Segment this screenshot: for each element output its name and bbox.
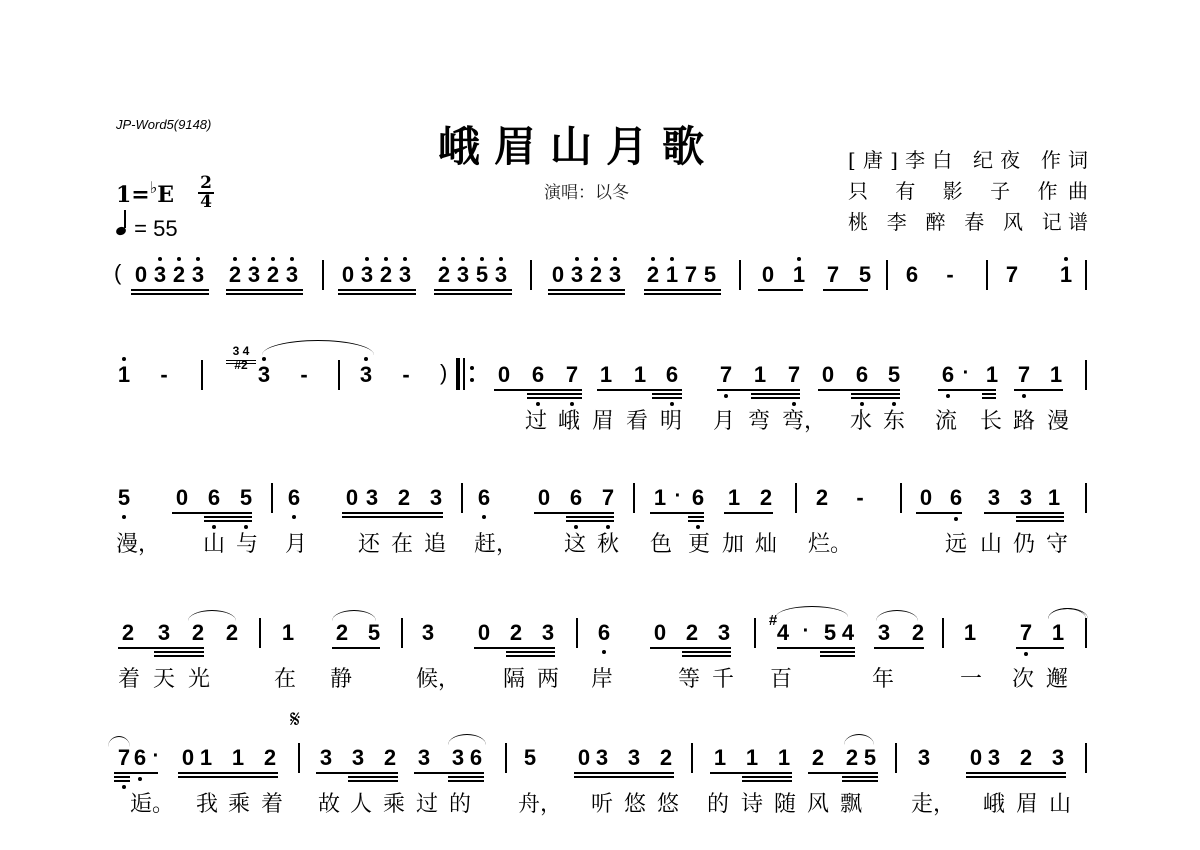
beam-line <box>982 393 996 395</box>
note: 3 <box>607 262 623 288</box>
beam-line <box>506 655 555 657</box>
lyric-syllable: 这 <box>564 527 586 558</box>
note: 6 <box>132 745 148 771</box>
note: 2 <box>396 485 412 511</box>
note: 1 <box>744 745 760 771</box>
lyric-syllable: 候， <box>416 662 460 693</box>
beam-line <box>742 780 792 782</box>
note: 2 <box>508 620 524 646</box>
note: 2 <box>265 262 281 288</box>
note: 1 <box>1050 620 1066 646</box>
note: 1 <box>962 620 978 646</box>
barline <box>401 618 403 648</box>
note: 6 <box>476 485 492 511</box>
lyric-syllable: 漫 <box>1047 404 1069 435</box>
note: 3 <box>152 262 168 288</box>
beam-line <box>204 520 252 522</box>
lyric-syllable: 弯， <box>782 404 826 435</box>
octave-up-dot <box>233 257 237 261</box>
note: 7 <box>564 362 580 388</box>
lyric-syllable: 在 <box>274 662 296 693</box>
barline <box>942 618 944 648</box>
octave-down-dot <box>122 785 126 789</box>
time-signature: 2 4 <box>198 176 214 210</box>
octave-up-dot <box>365 257 369 261</box>
beam-line <box>494 389 582 391</box>
octave-down-dot <box>954 517 958 521</box>
lyric-syllable: 加 <box>722 527 744 558</box>
tempo-value: = 55 <box>134 216 177 241</box>
note: 5 <box>857 262 873 288</box>
barline <box>739 260 741 290</box>
note: 3 <box>397 262 413 288</box>
lyric-syllable: 山 <box>1049 787 1071 818</box>
lyric-syllable: 听 <box>591 787 613 818</box>
beam-line <box>938 389 996 391</box>
key-prefix: 1= <box>116 182 150 208</box>
beam-line <box>574 772 674 774</box>
beam-line <box>1016 520 1064 522</box>
note: 3 <box>156 620 172 646</box>
barline <box>1085 743 1087 773</box>
beam-line <box>414 772 484 774</box>
note: 2 <box>645 262 661 288</box>
barline <box>1085 360 1087 390</box>
note: 3 <box>350 745 366 771</box>
beam-line <box>758 289 803 291</box>
note: 0 <box>820 362 836 388</box>
note: 2 <box>190 620 206 646</box>
note: 6 <box>206 485 222 511</box>
note: 1 <box>652 485 668 511</box>
note: 3 <box>420 620 436 646</box>
lyric-syllable: 悠 <box>624 787 646 818</box>
beam-line <box>820 655 855 657</box>
note: 3 <box>190 262 206 288</box>
barline <box>201 360 203 390</box>
barline <box>1085 260 1087 290</box>
key-note: E <box>157 182 174 208</box>
beam-line <box>178 772 278 774</box>
note: 6 <box>904 262 920 288</box>
beam-line <box>226 289 303 291</box>
octave-up-dot <box>480 257 484 261</box>
barline <box>633 483 635 513</box>
lyric-syllable: 山 <box>980 527 1002 558</box>
song-title: 峨眉山月歌 <box>438 114 718 174</box>
beam-line <box>682 651 731 653</box>
lyric-syllable: 年 <box>872 662 894 693</box>
barline <box>461 483 463 513</box>
note: 7 <box>600 485 616 511</box>
lyric-syllable: 过 <box>525 404 547 435</box>
note: 5 <box>474 262 490 288</box>
barline <box>886 260 888 290</box>
beam-line <box>742 776 792 778</box>
beam-line <box>724 512 773 514</box>
lyric-syllable: 隔 <box>503 662 525 693</box>
augmentation-dot: · <box>798 620 814 643</box>
note: 3 <box>594 745 610 771</box>
barline <box>895 743 897 773</box>
repeat-dot <box>470 378 474 382</box>
tie <box>108 736 130 747</box>
beam-line <box>226 363 256 364</box>
note: 6 <box>948 485 964 511</box>
beam-line <box>506 651 555 653</box>
note: 0 <box>536 485 552 511</box>
barline <box>505 743 507 773</box>
note: 3 <box>716 620 732 646</box>
octave-down-dot <box>602 650 606 654</box>
note: 3 <box>493 262 509 288</box>
beam-line <box>818 389 900 391</box>
note: 2 <box>436 262 452 288</box>
note: 0 <box>180 745 196 771</box>
lyric-syllable: 静 <box>330 662 352 693</box>
note: 7 <box>1004 262 1020 288</box>
octave-up-dot <box>290 257 294 261</box>
lyric-syllable: 峨 <box>983 787 1005 818</box>
beam-line <box>688 516 704 518</box>
note: 5 <box>862 745 878 771</box>
lyric-syllable: 着 <box>261 787 283 818</box>
note: 2 <box>758 485 774 511</box>
lyric-syllable: 明 <box>660 404 682 435</box>
note: 1 <box>726 485 742 511</box>
beam-line <box>527 397 582 399</box>
note: 2 <box>382 745 398 771</box>
beam-line <box>1014 389 1063 391</box>
note: 0 <box>174 485 190 511</box>
note: 1 <box>230 745 246 771</box>
beam-line <box>204 516 252 518</box>
note: 3 <box>540 620 556 646</box>
note: 5 <box>822 620 838 646</box>
note: 5 <box>366 620 382 646</box>
note: 0 <box>576 745 592 771</box>
note: 1 <box>1058 262 1074 288</box>
beam-line <box>534 512 614 514</box>
beam-line <box>348 776 398 778</box>
beam-line <box>566 520 614 522</box>
transcriber-credit: 桃 李 醉 春 风 记谱 <box>848 207 1088 238</box>
octave-up-dot <box>651 257 655 261</box>
beam-line <box>316 772 398 774</box>
note: 3 <box>246 262 262 288</box>
beam-line <box>820 651 855 653</box>
beam-line <box>966 772 1066 774</box>
octave-down-dot <box>482 515 486 519</box>
lyric-syllable: 随 <box>774 787 796 818</box>
lyric-syllable: 水 <box>850 404 872 435</box>
beam-line <box>131 289 209 291</box>
note: 7 <box>116 745 132 771</box>
note: 2 <box>910 620 926 646</box>
note: 6 <box>854 362 870 388</box>
note: 1 <box>1048 362 1064 388</box>
note: 3 <box>416 745 432 771</box>
beam-line <box>777 647 855 649</box>
lyric-syllable: 看 <box>626 404 648 435</box>
barline <box>259 618 261 648</box>
beam-line <box>650 647 731 649</box>
octave-up-dot <box>499 257 503 261</box>
note: 1 <box>198 745 214 771</box>
lyric-syllable: 月 <box>285 527 307 558</box>
lyric-syllable: 百 <box>770 662 792 693</box>
octave-up-dot <box>177 257 181 261</box>
lyric-syllable: 舟， <box>518 787 562 818</box>
note: 2 <box>262 745 278 771</box>
beam-line <box>332 647 380 649</box>
lyric-syllable: 风 <box>807 787 829 818</box>
note: 3 <box>569 262 585 288</box>
octave-up-dot <box>797 257 801 261</box>
note: 3 <box>359 262 375 288</box>
beam-line <box>548 289 625 291</box>
octave-down-dot <box>1024 652 1028 656</box>
note: 3 <box>986 745 1002 771</box>
note: 5 <box>116 485 132 511</box>
repeat-barline-thin <box>463 358 465 390</box>
slur <box>332 610 376 621</box>
beam-line <box>178 776 278 778</box>
beam-line <box>644 293 721 295</box>
lyric-syllable: 飘 <box>840 787 862 818</box>
lyric-syllable: 更 <box>688 527 710 558</box>
lyric-syllable: 灿 <box>755 527 777 558</box>
barline <box>1085 483 1087 513</box>
beam-line <box>114 772 158 774</box>
barline <box>338 360 340 390</box>
note: 3 <box>428 485 444 511</box>
lyric-syllable: 秋 <box>597 527 619 558</box>
note: 3 <box>626 745 642 771</box>
note: 0 <box>133 262 149 288</box>
note: 2 <box>814 485 830 511</box>
beam-line <box>348 780 398 782</box>
barline <box>986 260 988 290</box>
beam-line <box>448 776 484 778</box>
note: 1 <box>116 362 132 388</box>
lyric-syllable: 一 <box>960 662 982 693</box>
barline <box>576 618 578 648</box>
note: 1 <box>598 362 614 388</box>
note: 5 <box>238 485 254 511</box>
note: 1 <box>712 745 728 771</box>
lyric-syllable: 守 <box>1046 527 1068 558</box>
note: 1 <box>664 262 680 288</box>
augmentation-dot: · <box>958 362 974 385</box>
lyric-syllable: 逅。 <box>130 787 174 818</box>
beam-line <box>342 516 443 518</box>
composer-credit: 只 有 影 子 作曲 <box>848 176 1088 207</box>
beam-line <box>751 393 800 395</box>
lyric-syllable: 烂。 <box>808 527 852 558</box>
beam-line <box>751 397 800 399</box>
beam-line <box>574 776 674 778</box>
beam-line <box>982 397 996 399</box>
barline <box>271 483 273 513</box>
octave-up-dot <box>1064 257 1068 261</box>
lyric-syllable: 追 <box>424 527 446 558</box>
lyric-syllable: 在 <box>391 527 413 558</box>
lyric-syllable: 乘 <box>383 787 405 818</box>
lyric-syllable: 邂 <box>1046 662 1068 693</box>
note-stem <box>124 210 126 228</box>
beam-line <box>916 512 962 514</box>
lyric-syllable: 次 <box>1012 662 1034 693</box>
octave-down-dot <box>292 515 296 519</box>
barline <box>530 260 532 290</box>
beam-line <box>1016 647 1064 649</box>
open-paren: ( <box>114 260 121 286</box>
lyric-syllable: 峨 <box>558 404 580 435</box>
beam-line <box>448 780 484 782</box>
credits: [唐]李白 纪夜 作词 只 有 影 子 作曲 桃 李 醉 春 风 记谱 <box>848 145 1088 238</box>
octave-down-dot <box>724 394 728 398</box>
octave-up-dot <box>613 257 617 261</box>
octave-up-dot <box>384 257 388 261</box>
note: 6 <box>940 362 956 388</box>
time-sig-top: 2 <box>198 176 214 191</box>
note: 7 <box>1018 620 1034 646</box>
beam-line <box>548 293 625 295</box>
lyric-syllable: 我 <box>196 787 218 818</box>
note: 2 <box>1018 745 1034 771</box>
lyric-syllable: 乘 <box>228 787 250 818</box>
beam-line <box>338 293 416 295</box>
beam-line <box>474 647 555 649</box>
octave-up-dot <box>271 257 275 261</box>
beam-line <box>131 293 209 295</box>
beam-line <box>644 289 721 291</box>
octave-down-dot <box>138 777 142 781</box>
beam-line <box>688 520 704 522</box>
slur <box>188 610 236 621</box>
note: 1 <box>632 362 648 388</box>
note: 3 <box>364 485 380 511</box>
beam-line <box>851 397 900 399</box>
barline <box>322 260 324 290</box>
beam-line <box>114 780 130 782</box>
octave-up-dot <box>403 257 407 261</box>
note: 1 <box>1046 485 1062 511</box>
beam-line <box>597 389 682 391</box>
lyric-syllable: 流 <box>935 404 957 435</box>
slur <box>448 734 486 745</box>
beam-line <box>652 393 682 395</box>
lyric-syllable: 眉 <box>592 404 614 435</box>
note: 6 <box>596 620 612 646</box>
repeat-barline-thick <box>456 358 460 390</box>
octave-up-dot <box>670 257 674 261</box>
lyric-syllable: 着 <box>118 662 140 693</box>
octave-up-dot <box>262 357 266 361</box>
beam-line <box>114 776 130 778</box>
note: 2 <box>227 262 243 288</box>
close-paren: ) <box>440 360 447 386</box>
note: 1 <box>791 262 807 288</box>
note: 6 <box>664 362 680 388</box>
note: 6 <box>568 485 584 511</box>
note: 2 <box>588 262 604 288</box>
lyric-syllable: 眉 <box>1016 787 1038 818</box>
octave-up-dot <box>442 257 446 261</box>
beam-line <box>434 289 512 291</box>
note: 1 <box>752 362 768 388</box>
lyric-syllable: 过 <box>416 787 438 818</box>
beam-line <box>652 397 682 399</box>
octave-up-dot <box>575 257 579 261</box>
octave-down-dot <box>122 515 126 519</box>
lyric-syllable: 悠 <box>657 787 679 818</box>
note: 3 <box>916 745 932 771</box>
lyric-syllable: 等 <box>678 662 700 693</box>
beam-line <box>566 516 614 518</box>
beam-line <box>842 776 878 778</box>
beam-line <box>851 393 900 395</box>
lyric-syllable: 路 <box>1013 404 1035 435</box>
octave-up-dot <box>252 257 256 261</box>
dash-extension: - <box>156 362 172 388</box>
lyric-syllable: 东 <box>883 404 905 435</box>
lyric-syllable: 千 <box>712 662 734 693</box>
lyric-syllable: 岸 <box>591 662 613 693</box>
beam-line <box>823 289 868 291</box>
note: 3 <box>450 745 466 771</box>
beam-line <box>808 772 878 774</box>
dash-extension: - <box>398 362 414 388</box>
note: 2 <box>171 262 187 288</box>
note: 3 <box>1018 485 1034 511</box>
barline <box>1085 618 1087 648</box>
lyric-syllable: 色 <box>650 527 672 558</box>
beam-line <box>527 393 582 395</box>
note: 6 <box>530 362 546 388</box>
note: 0 <box>918 485 934 511</box>
note: 3 <box>318 745 334 771</box>
sharp-icon: # <box>765 612 781 629</box>
note: 0 <box>968 745 984 771</box>
note: 1 <box>776 745 792 771</box>
octave-up-dot <box>461 257 465 261</box>
beam-line <box>342 512 443 514</box>
beam-line <box>984 512 1064 514</box>
note: 3 <box>455 262 471 288</box>
octave-up-dot <box>158 257 162 261</box>
beam-line <box>226 293 303 295</box>
lyric-syllable: 与 <box>236 527 258 558</box>
beam-line <box>434 293 512 295</box>
lyric-syllable: 月 <box>713 404 735 435</box>
lyric-syllable: 故 <box>318 787 340 818</box>
augmentation-dot: · <box>148 745 164 768</box>
slur <box>844 734 874 745</box>
note: 0 <box>760 262 776 288</box>
octave-up-dot <box>594 257 598 261</box>
note: 5 <box>886 362 902 388</box>
note: 3 <box>256 362 272 388</box>
barline <box>795 483 797 513</box>
augmentation-dot: · <box>670 485 686 508</box>
beam-line <box>650 512 704 514</box>
tempo-marking: = 55 <box>116 216 178 242</box>
octave-up-dot <box>122 357 126 361</box>
lyric-syllable: 长 <box>980 404 1002 435</box>
note: 6 <box>286 485 302 511</box>
